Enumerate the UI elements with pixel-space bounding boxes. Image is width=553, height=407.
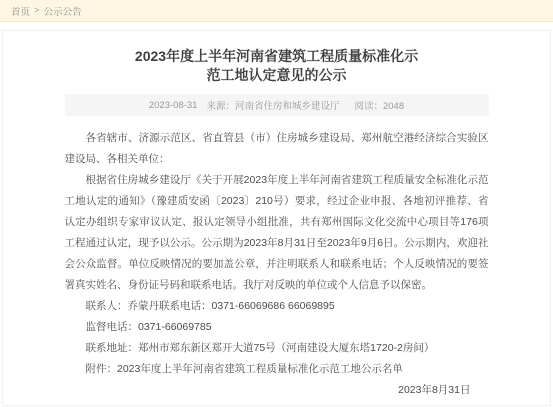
salutation-paragraph: 各省辖市、济源示范区、省直管县（市）住房城乡建设局、郑州航空港经济综合实验区建设… [65, 128, 489, 170]
contact-person-line: 联系人：乔蒙丹联系电话：0371-66069686 66069895 [65, 296, 489, 317]
sign-date: 2023年8月31日 [65, 380, 489, 401]
source-label: 来源：河南省住房和城乡建设厅 [206, 98, 339, 112]
page-title: 2023年度上半年河南省建筑工程质量标准化示范工地认定意见的公示 [133, 47, 421, 85]
body-paragraph: 根据省住房城乡建设厅《关于开展2023年度上半年河南省建筑工程质量安全标准化示范… [65, 170, 489, 296]
breadcrumb-separator: > [34, 5, 40, 16]
breadcrumb-home-link[interactable]: 首页 [11, 4, 30, 18]
article-body: 各省辖市、济源示范区、省直管县（市）住房城乡建设局、郑州航空港经济综合实验区建设… [65, 116, 489, 401]
views-count: 阅读：2048 [354, 98, 404, 112]
article-container: 2023-08-31 来源：河南省住房和城乡建设厅 阅读：2048 各省辖市、济… [65, 94, 489, 401]
supervision-phone-line: 监督电话：0371-66069785 [65, 317, 489, 338]
contact-address-line: 联系地址：郑州市郑东新区郑开大道75号（河南建设大厦东塔1720-2房间） [65, 338, 489, 359]
article-meta-bar: 2023-08-31 来源：河南省住房和城乡建设厅 阅读：2048 [65, 94, 489, 116]
breadcrumb: 首页 > 公示公告 [0, 0, 553, 22]
publish-date: 2023-08-31 [149, 100, 198, 111]
article-card: 2023年度上半年河南省建筑工程质量标准化示范工地认定意见的公示 2023-08… [2, 30, 551, 406]
breadcrumb-current-link[interactable]: 公示公告 [44, 4, 82, 18]
attachment-link[interactable]: 附件：2023年度上半年河南省建筑工程质量标准化示范工地公示名单 [65, 359, 489, 380]
